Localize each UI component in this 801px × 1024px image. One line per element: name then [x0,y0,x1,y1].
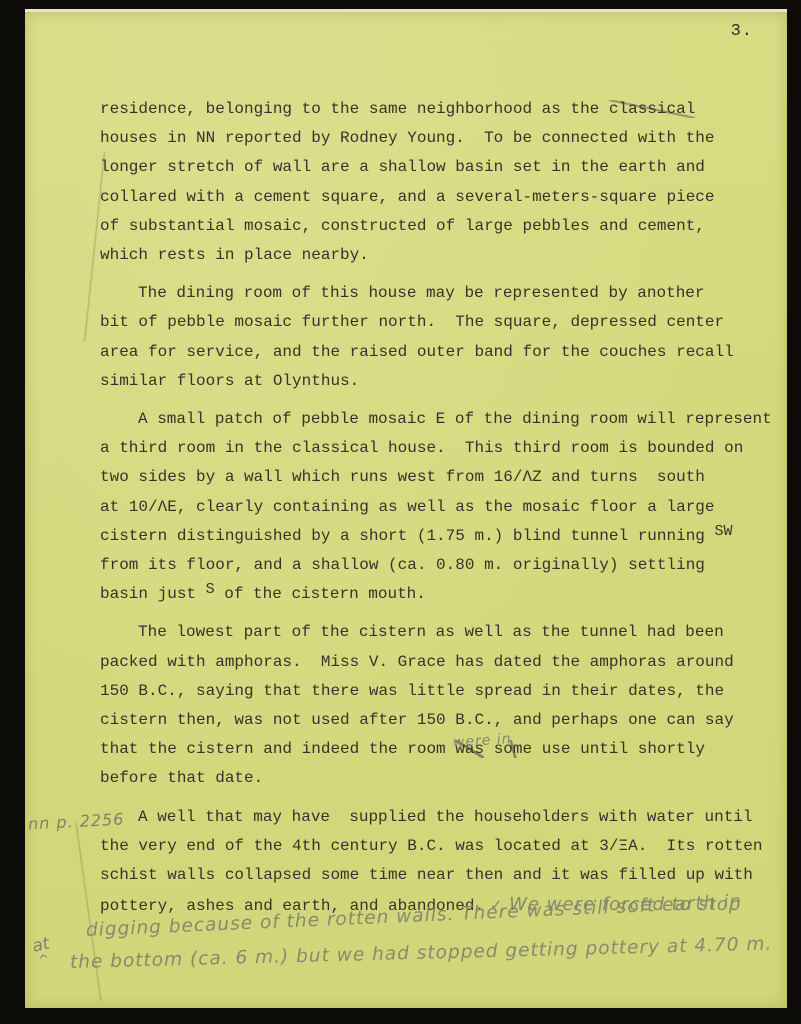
text-segment: at 10/ΛE, clearly containing as well as … [100,498,715,516]
text-segment: that the cistern and indeed the room [100,740,455,758]
paper-crease [74,823,102,1002]
text-segment: collared with a cement square, and a sev… [100,188,715,206]
typed-line: at 10/ΛE, clearly containing as well as … [100,493,780,522]
text-segment: two sides by a wall which runs west from… [100,468,705,486]
text-segment: schist walls collapsed some time near th… [100,866,753,884]
pencil-correction-above: were in [452,725,513,758]
typed-line: 150 B.C., saying that there was little s… [100,677,780,706]
typed-line: of substantial mosaic, constructed of la… [100,212,780,241]
text-segment: a third room in the classical house. Thi… [100,439,743,457]
typed-line: A small patch of pebble mosaic E of the … [100,405,780,434]
typed-line: that the cistern and indeed the room wer… [100,735,780,764]
text-segment: of substantial mosaic, constructed of la… [100,217,705,235]
text-segment: cistern distinguished by a short (1.75 m… [100,527,715,545]
text-segment: basin just [100,585,206,603]
text-segment: 150 B.C., saying that there was little s… [100,682,724,700]
paragraph: The lowest part of the cistern as well a… [100,618,780,793]
paragraph: A small patch of pebble mosaic E of the … [100,405,780,609]
text-segment: from its floor, and a shallow (ca. 0.80 … [100,556,705,574]
typed-line: before that date. [100,764,780,793]
text-segment: area for service, and the raised outer b… [100,343,734,361]
typed-line: cistern distinguished by a short (1.75 m… [100,522,780,551]
typed-line: area for service, and the raised outer b… [100,338,780,367]
typed-line: a third room in the classical house. Thi… [100,434,780,463]
text-segment: houses in NN reported by Rodney Young. T… [100,129,715,147]
text-segment: the very end of the 4th century B.C. was… [100,837,763,855]
text-segment: bit of pebble mosaic further north. The … [100,313,724,331]
typed-line: similar floors at Olynthus. [100,367,780,396]
typed-line: schist walls collapsed some time near th… [100,861,780,890]
scanned-document-photo: { "page": { "number": "3.", "colors": { … [0,0,801,1024]
typed-line: residence, belonging to the same neighbo… [100,95,780,124]
paragraph: The dining room of this house may be rep… [100,279,780,396]
typed-line: two sides by a wall which runs west from… [100,463,780,492]
text-segment: of the cistern mouth. [215,585,426,603]
text-segment: The lowest part of the cistern as well a… [138,623,724,641]
typed-line: houses in NN reported by Rodney Young. T… [100,124,780,153]
text-segment: A small patch of pebble mosaic E of the … [138,410,772,428]
text-segment: cistern then, was not used after 150 B.C… [100,711,734,729]
typed-line: longer stretch of wall are a shallow bas… [100,153,780,182]
paragraph: residence, belonging to the same neighbo… [100,95,780,270]
typed-line: A well that may have supplied the househ… [100,803,780,832]
typed-line: The lowest part of the cistern as well a… [100,618,780,647]
pencil-slash-segment: classical [609,100,695,118]
text-segment: similar floors at Olynthus. [100,372,359,390]
typed-line: basin just S of the cistern mouth. [100,580,780,609]
text-segment: before that date. [100,769,263,787]
text-segment: The dining room of this house may be rep… [138,284,705,302]
text-segment: longer stretch of wall are a shallow bas… [100,158,705,176]
text-segment: which rests in place nearby. [100,246,369,264]
typed-line: collared with a cement square, and a sev… [100,183,780,212]
typed-line: from its floor, and a shallow (ca. 0.80 … [100,551,780,580]
typed-line: the very end of the 4th century B.C. was… [100,832,780,861]
typed-line: bit of pebble mosaic further north. The … [100,308,780,337]
text-segment: residence, belonging to the same neighbo… [100,100,609,118]
sup-segment: SW [715,523,733,540]
typed-line: cistern then, was not used after 150 B.C… [100,706,780,735]
text-segment: use until shortly [532,740,705,758]
page-number: 3. [731,22,753,41]
typed-line: The dining room of this house may be rep… [100,279,780,308]
typed-line: which rests in place nearby. [100,241,780,270]
text-segment: A well that may have supplied the househ… [138,808,753,826]
sup-segment: S [206,581,215,598]
text-segment: packed with amphoras. Miss V. Grace has … [100,653,734,671]
typed-line: packed with amphoras. Miss V. Grace has … [100,648,780,677]
typed-text-block: residence, belonging to the same neighbo… [100,95,780,930]
